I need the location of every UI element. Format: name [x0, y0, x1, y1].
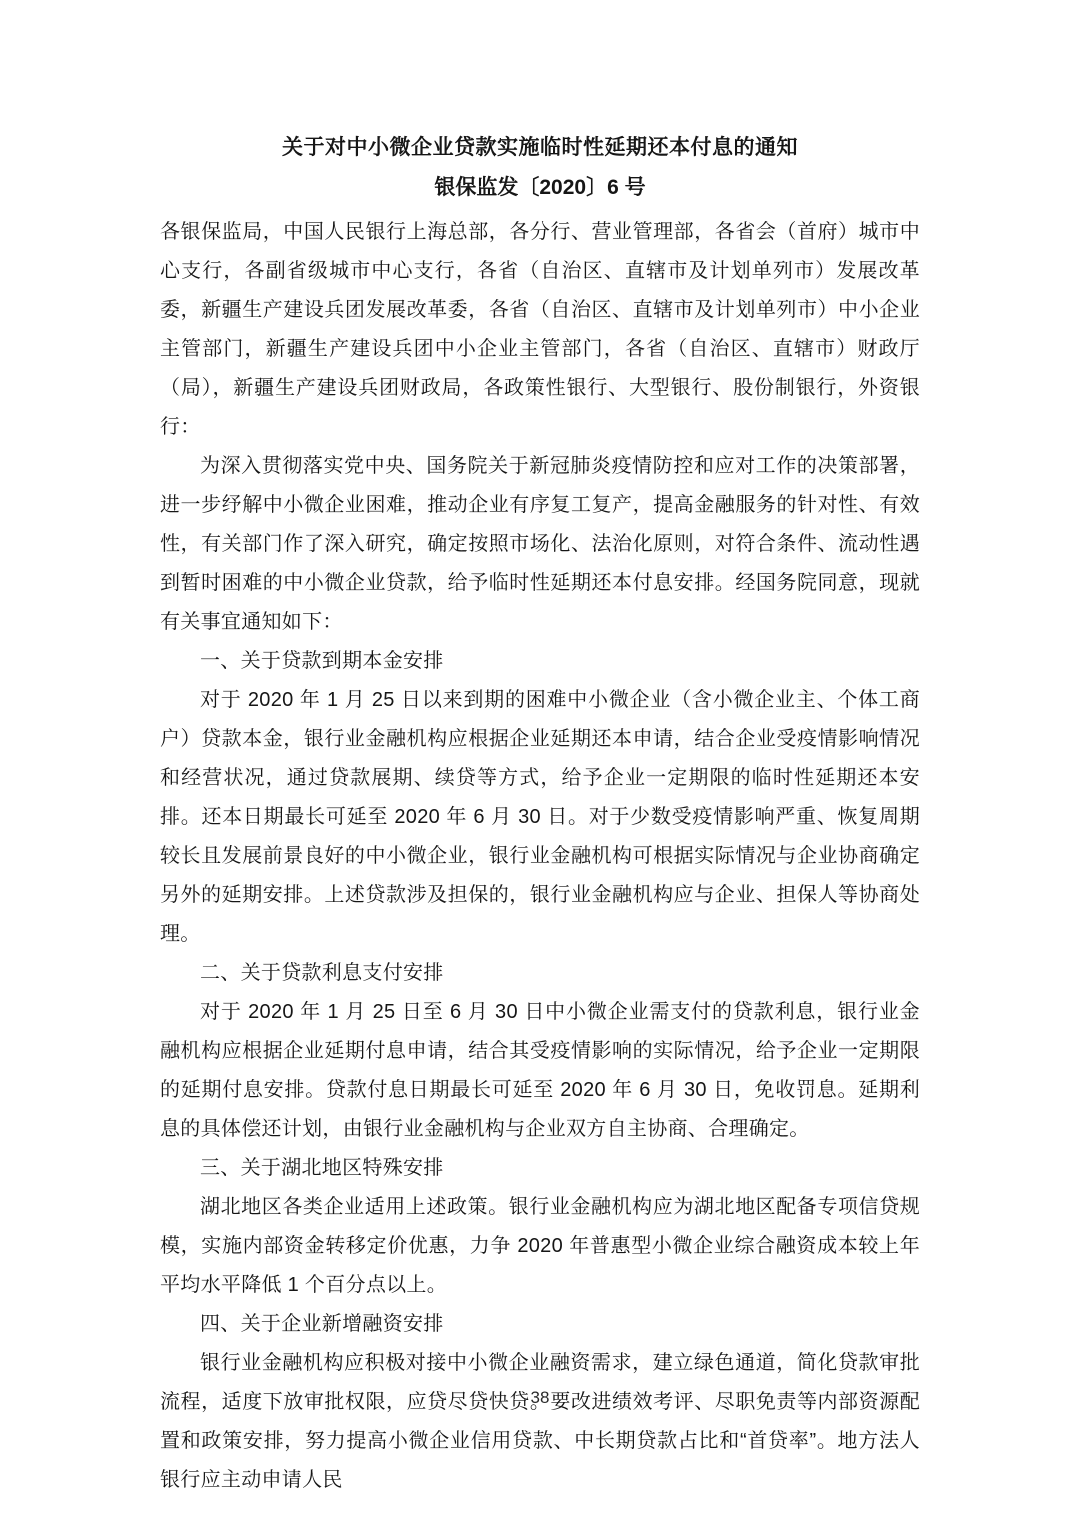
salutation-paragraph: 各银保监局，中国人民银行上海总部，各分行、营业管理部，各省会（首府）城市中心支行… — [160, 213, 920, 447]
section-4-body: 银行业金融机构应积极对接中小微企业融资需求，建立绿色通道，简化贷款审批流程，适度… — [160, 1344, 920, 1500]
section-1-body: 对于 2020 年 1 月 25 日以来到期的困难中小微企业（含小微企业主、个体… — [160, 681, 920, 954]
document-page: 关于对中小微企业贷款实施临时性延期还本付息的通知 银保监发〔2020〕6 号 各… — [0, 0, 1080, 1527]
section-2-heading: 二、关于贷款利息支付安排 — [160, 954, 920, 993]
section-3-body: 湖北地区各类企业适用上述政策。银行业金融机构应为湖北地区配备专项信贷规模，实施内… — [160, 1188, 920, 1305]
page-number: 38 — [0, 1388, 1080, 1408]
section-1-heading: 一、关于贷款到期本金安排 — [160, 642, 920, 681]
document-number: 银保监发〔2020〕6 号 — [160, 176, 920, 200]
section-3-heading: 三、关于湖北地区特殊安排 — [160, 1149, 920, 1188]
section-2-body: 对于 2020 年 1 月 25 日至 6 月 30 日中小微企业需支付的贷款利… — [160, 993, 920, 1149]
document-title: 关于对中小微企业贷款实施临时性延期还本付息的通知 — [160, 0, 920, 160]
document-body: 各银保监局，中国人民银行上海总部，各分行、营业管理部，各省会（首府）城市中心支行… — [160, 213, 920, 1500]
intro-paragraph: 为深入贯彻落实党中央、国务院关于新冠肺炎疫情防控和应对工作的决策部署，进一步纾解… — [160, 447, 920, 642]
section-4-heading: 四、关于企业新增融资安排 — [160, 1305, 920, 1344]
document-content: 关于对中小微企业贷款实施临时性延期还本付息的通知 银保监发〔2020〕6 号 各… — [160, 0, 920, 1500]
